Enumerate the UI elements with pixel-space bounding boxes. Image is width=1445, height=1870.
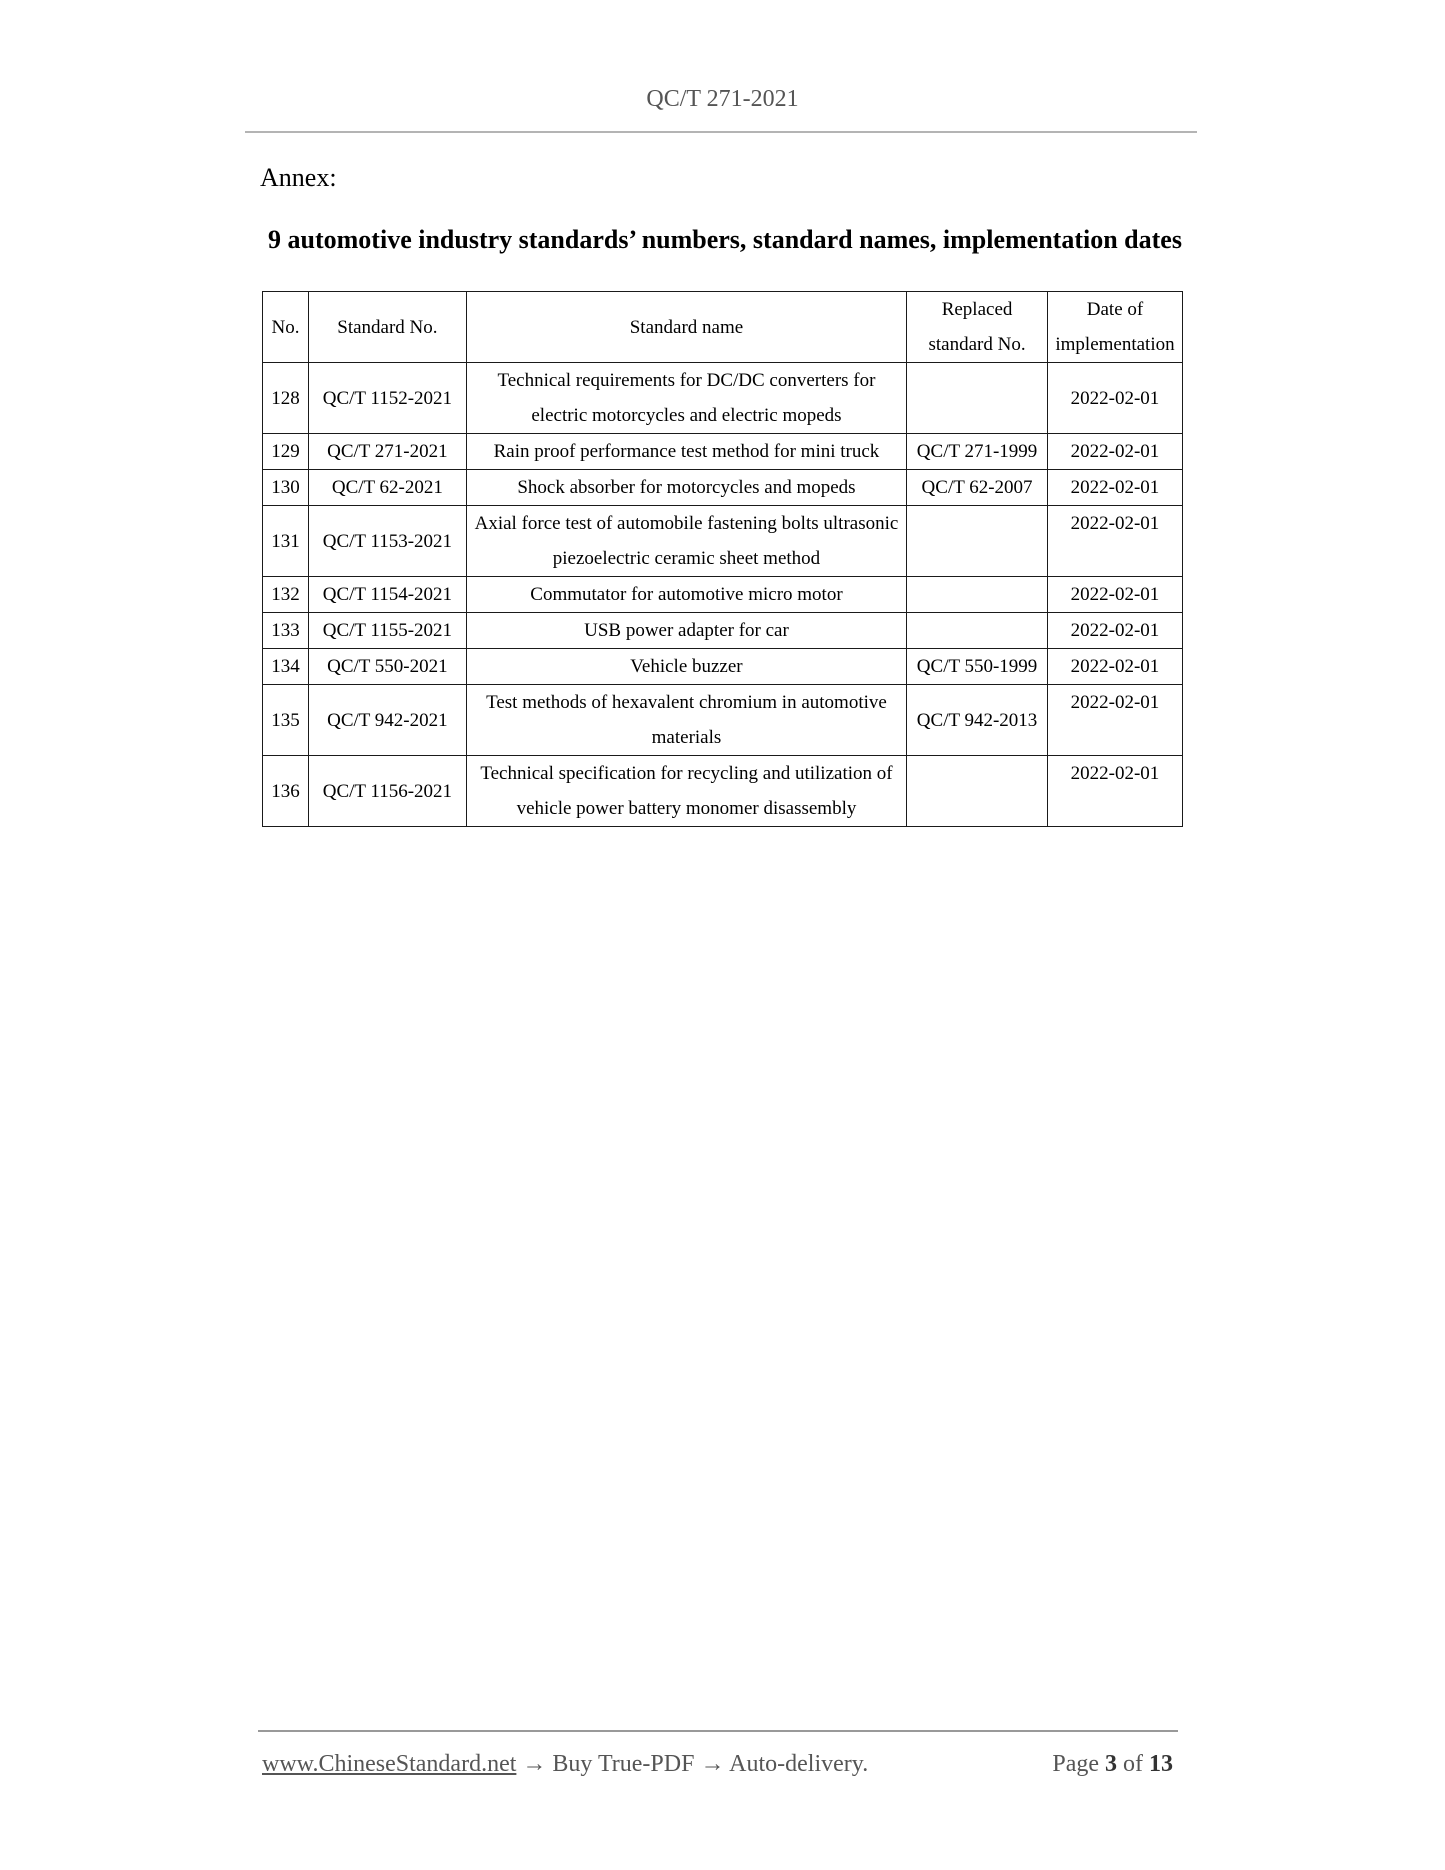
cell-replaced: [907, 363, 1048, 434]
cell-standard-no: QC/T 1155-2021: [308, 613, 466, 649]
cell-no: 134: [263, 649, 309, 685]
cell-standard-no: QC/T 1153-2021: [308, 506, 466, 577]
cell-standard-no: QC/T 1156-2021: [308, 756, 466, 827]
cell-replaced: [907, 613, 1048, 649]
cell-no: 131: [263, 506, 309, 577]
cell-date: 2022-02-01: [1047, 363, 1182, 434]
table-title: 9 automotive industry standards’ numbers…: [260, 222, 1190, 257]
page-total: 13: [1149, 1751, 1173, 1777]
cell-replaced: QC/T 62-2007: [907, 470, 1048, 506]
footer-promo: www.ChineseStandard.net → Buy True-PDF →…: [262, 1751, 868, 1778]
cell-no: 129: [263, 434, 309, 470]
table-row: 135 QC/T 942-2021 Test methods of hexava…: [263, 685, 1183, 756]
cell-no: 130: [263, 470, 309, 506]
cell-date: 2022-02-01: [1047, 613, 1182, 649]
cell-no: 136: [263, 756, 309, 827]
cell-standard-name: Technical specification for recycling an…: [466, 756, 906, 827]
footer-rule: [258, 1730, 1178, 1732]
running-header: QC/T 271-2021: [0, 86, 1445, 113]
page-indicator: Page 3 of 13: [1052, 1751, 1173, 1778]
table-row: 134 QC/T 550-2021 Vehicle buzzer QC/T 55…: [263, 649, 1183, 685]
cell-standard-name: Shock absorber for motorcycles and moped…: [466, 470, 906, 506]
column-header-standard-no: Standard No.: [308, 292, 466, 363]
arrow-right-icon: →: [700, 1751, 724, 1777]
page-of: of: [1123, 1751, 1143, 1777]
cell-replaced: QC/T 550-1999: [907, 649, 1048, 685]
cell-standard-name: Commutator for automotive micro motor: [466, 577, 906, 613]
column-header-replaced: Replaced standard No.: [907, 292, 1048, 363]
cell-replaced: [907, 756, 1048, 827]
cell-date: 2022-02-01: [1047, 506, 1182, 577]
cell-standard-name: USB power adapter for car: [466, 613, 906, 649]
page-current: 3: [1105, 1751, 1117, 1777]
annex-label: Annex:: [260, 163, 337, 193]
column-header-date: Date of implementation: [1047, 292, 1182, 363]
chinesestandard-link[interactable]: www.ChineseStandard.net: [262, 1751, 516, 1777]
cell-standard-name: Test methods of hexavalent chromium in a…: [466, 685, 906, 756]
cell-standard-name: Rain proof performance test method for m…: [466, 434, 906, 470]
table-header-row: No. Standard No. Standard name Replaced …: [263, 292, 1183, 363]
cell-no: 133: [263, 613, 309, 649]
cell-date: 2022-02-01: [1047, 756, 1182, 827]
cell-replaced: QC/T 942-2013: [907, 685, 1048, 756]
table-row: 129 QC/T 271-2021 Rain proof performance…: [263, 434, 1183, 470]
cell-date: 2022-02-01: [1047, 434, 1182, 470]
cell-standard-no: QC/T 62-2021: [308, 470, 466, 506]
table-row: 133 QC/T 1155-2021 USB power adapter for…: [263, 613, 1183, 649]
page-label: Page: [1052, 1751, 1099, 1777]
cell-date: 2022-02-01: [1047, 470, 1182, 506]
header-rule: [245, 131, 1197, 133]
cell-date: 2022-02-01: [1047, 685, 1182, 756]
cell-no: 135: [263, 685, 309, 756]
delivery-text: Auto-delivery.: [729, 1751, 868, 1777]
cell-standard-name: Technical requirements for DC/DC convert…: [466, 363, 906, 434]
cell-replaced: [907, 577, 1048, 613]
standards-table: No. Standard No. Standard name Replaced …: [262, 291, 1183, 827]
cell-no: 128: [263, 363, 309, 434]
cell-date: 2022-02-01: [1047, 577, 1182, 613]
cell-standard-no: QC/T 550-2021: [308, 649, 466, 685]
cell-standard-no: QC/T 271-2021: [308, 434, 466, 470]
column-header-no: No.: [263, 292, 309, 363]
cell-standard-name: Axial force test of automobile fastening…: [466, 506, 906, 577]
table-row: 128 QC/T 1152-2021 Technical requirement…: [263, 363, 1183, 434]
cell-standard-name: Vehicle buzzer: [466, 649, 906, 685]
table-row: 132 QC/T 1154-2021 Commutator for automo…: [263, 577, 1183, 613]
buy-text: Buy True-PDF: [552, 1751, 694, 1777]
column-header-standard-name: Standard name: [466, 292, 906, 363]
cell-replaced: [907, 506, 1048, 577]
table-row: 136 QC/T 1156-2021 Technical specificati…: [263, 756, 1183, 827]
cell-date: 2022-02-01: [1047, 649, 1182, 685]
cell-standard-no: QC/T 1152-2021: [308, 363, 466, 434]
cell-no: 132: [263, 577, 309, 613]
cell-standard-no: QC/T 1154-2021: [308, 577, 466, 613]
arrow-right-icon: →: [522, 1751, 546, 1777]
table-row: 130 QC/T 62-2021 Shock absorber for moto…: [263, 470, 1183, 506]
table-row: 131 QC/T 1153-2021 Axial force test of a…: [263, 506, 1183, 577]
cell-replaced: QC/T 271-1999: [907, 434, 1048, 470]
cell-standard-no: QC/T 942-2021: [308, 685, 466, 756]
